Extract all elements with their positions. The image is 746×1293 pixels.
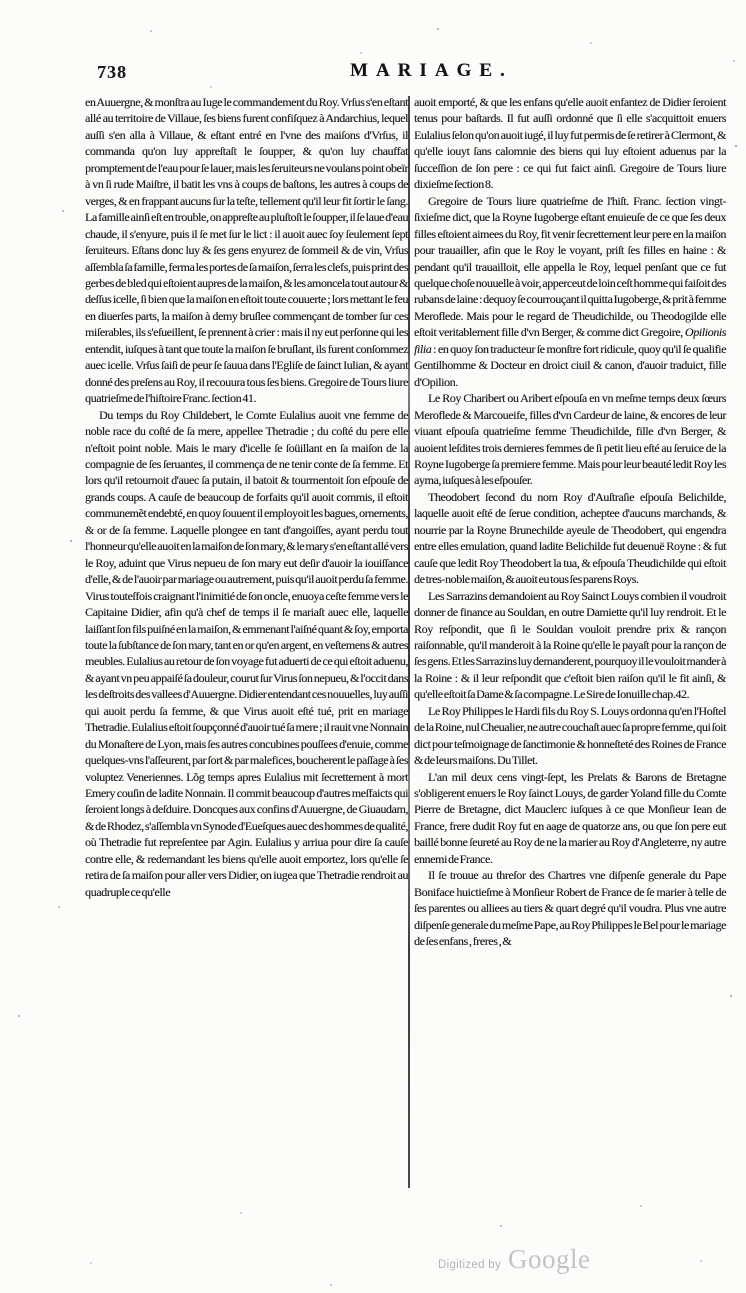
text-run: Les Sarrazins demandoient au Roy Sainct …: [414, 589, 726, 702]
book-page-scan: 738 MARIAGE. en Auuergne, & monſtra au I…: [0, 0, 746, 1293]
running-title: MARIAGE.: [350, 60, 513, 82]
paragraph: Il ſe trouue au threſor des Chartres vne…: [414, 867, 726, 949]
text-run: Du temps du Roy Childebert, le Comte Eul…: [85, 408, 408, 899]
paragraph: Gregoire de Tours liure quatrieſme de l'…: [414, 193, 726, 390]
page-number: 738: [97, 62, 127, 83]
paragraph: Theodobert ſecond du nom Roy d'Auſtraſie…: [414, 489, 726, 588]
text-column-left: en Auuergne, & monſtra au Iuge le comman…: [85, 94, 408, 900]
google-watermark: Digitized by Google: [438, 1244, 591, 1275]
paragraph: en Auuergne, & monſtra au Iuge le comman…: [85, 94, 408, 407]
text-run: Theodobert ſecond du nom Roy d'Auſtraſie…: [414, 490, 726, 586]
text-run: auoit emporté, & que les enfans qu'elle …: [414, 95, 726, 191]
paragraph: auoit emporté, & que les enfans qu'elle …: [414, 94, 726, 193]
text-run: : en quoy ſon traducteur ſe monſtre fort…: [414, 342, 726, 389]
text-run: Le Roy Charibert ou Aribert eſpouſa en v…: [414, 391, 726, 487]
watermark-prefix: Digitized by: [438, 1259, 501, 1271]
text-run: Gregoire de Tours liure quatrieſme de l'…: [414, 194, 726, 340]
column-divider-rule: [408, 96, 410, 1188]
text-run: L'an mil deux cens vingt-ſept, les Prela…: [414, 770, 726, 866]
text-column-right: auoit emporté, & que les enfans qu'elle …: [414, 94, 726, 950]
text-run: en Auuergne, & monſtra au Iuge le comman…: [85, 95, 408, 405]
scan-speckles: [0, 0, 2, 2]
paragraph: Les Sarrazins demandoient au Roy Sainct …: [414, 588, 726, 703]
google-logo: Google: [508, 1244, 590, 1275]
paragraph: L'an mil deux cens vingt-ſept, les Prela…: [414, 769, 726, 868]
paragraph: Le Roy Charibert ou Aribert eſpouſa en v…: [414, 390, 726, 489]
paragraph: Le Roy Philippes le Hardi fils du Roy S.…: [414, 703, 726, 769]
text-run: Le Roy Philippes le Hardi fils du Roy S.…: [414, 704, 726, 767]
text-run: Il ſe trouue au threſor des Chartres vne…: [414, 868, 726, 948]
paragraph: Du temps du Roy Childebert, le Comte Eul…: [85, 407, 408, 901]
